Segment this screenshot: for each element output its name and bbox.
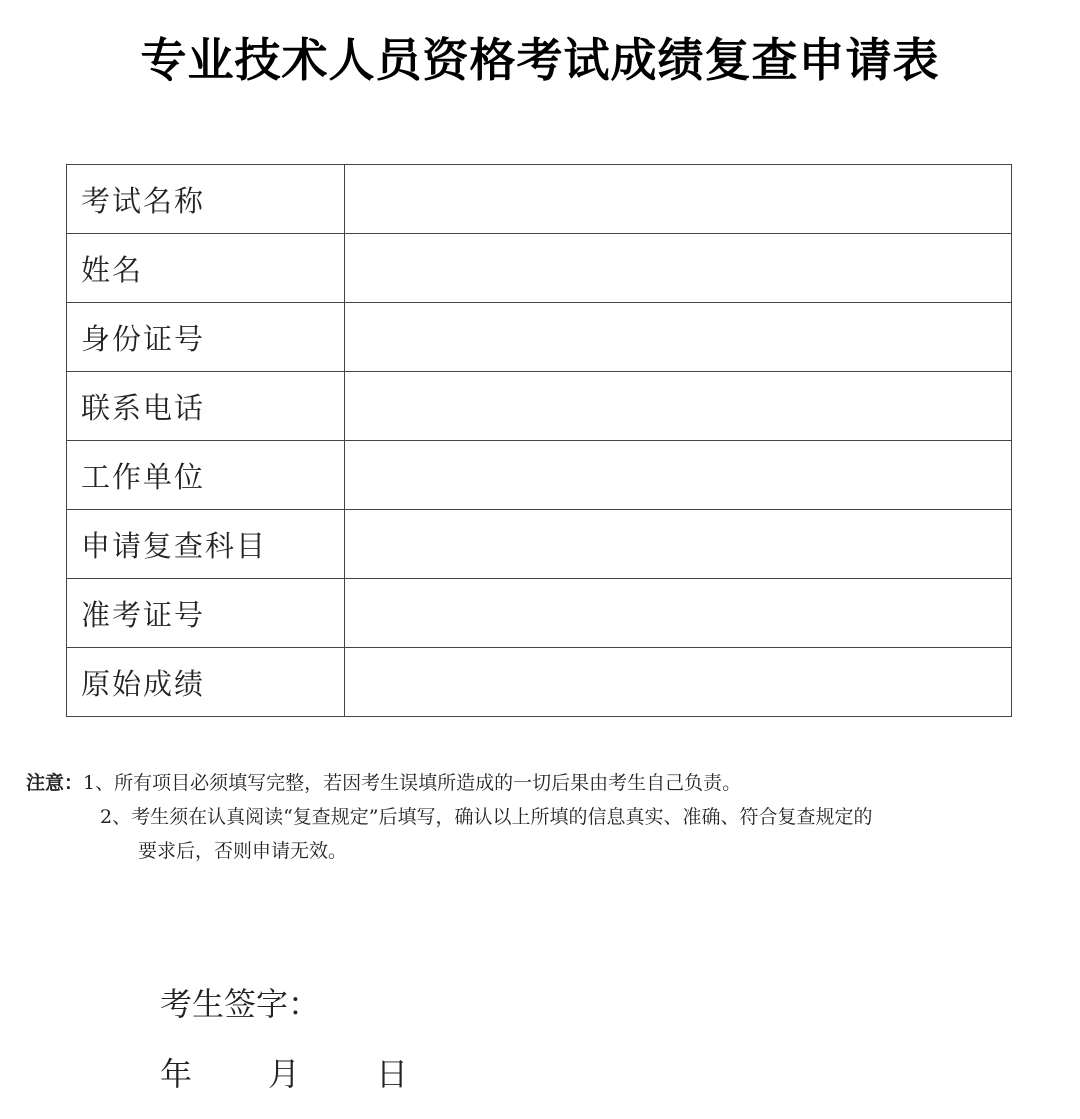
form-row-phone: 联系电话: [67, 372, 1012, 441]
form-row-employer: 工作单位: [67, 441, 1012, 510]
application-form-table: 考试名称 姓名 身份证号 联系电话 工作单位 申请复查科目 准考证号 原始成绩: [66, 164, 1012, 717]
form-row-original-score: 原始成绩: [67, 648, 1012, 717]
field-label-id-number: 身份证号: [67, 303, 345, 372]
form-row-review-subject: 申请复查科目: [67, 510, 1012, 579]
date-day-label: 日: [376, 1052, 484, 1096]
field-label-exam-name: 考试名称: [67, 165, 345, 234]
notes-section: 注意：1、所有项目必须填写完整，若因考生误填所造成的一切后果由考生自己负责。 2…: [26, 766, 1076, 868]
field-input-review-subject[interactable]: [345, 510, 1012, 579]
date-year-label: 年: [160, 1052, 268, 1096]
date-row: 年 月 日: [160, 1052, 484, 1096]
field-input-exam-name[interactable]: [345, 165, 1012, 234]
note-item-2-continued: 要求后，否则申请无效。: [26, 834, 1076, 868]
form-row-exam-name: 考试名称: [67, 165, 1012, 234]
field-input-id-number[interactable]: [345, 303, 1012, 372]
note-item-1-text: 1、所有项目必须填写完整，若因考生误填所造成的一切后果由考生自己负责。: [83, 772, 741, 794]
document-title: 专业技术人员资格考试成绩复查申请表: [0, 28, 1080, 92]
form-row-admission-number: 准考证号: [67, 579, 1012, 648]
field-label-phone: 联系电话: [67, 372, 345, 441]
field-label-name: 姓名: [67, 234, 345, 303]
field-label-review-subject: 申请复查科目: [67, 510, 345, 579]
signature-label: 考生签字：: [160, 982, 320, 1026]
field-input-original-score[interactable]: [345, 648, 1012, 717]
field-label-original-score: 原始成绩: [67, 648, 345, 717]
note-item-1: 注意：1、所有项目必须填写完整，若因考生误填所造成的一切后果由考生自己负责。: [26, 766, 1076, 800]
field-label-employer: 工作单位: [67, 441, 345, 510]
form-row-id-number: 身份证号: [67, 303, 1012, 372]
field-label-admission-number: 准考证号: [67, 579, 345, 648]
form-row-name: 姓名: [67, 234, 1012, 303]
date-month-label: 月: [268, 1052, 376, 1096]
note-item-2: 2、考生须在认真阅读“复查规定”后填写，确认以上所填的信息真实、准确、符合复查规…: [26, 800, 1076, 834]
field-input-name[interactable]: [345, 234, 1012, 303]
field-input-employer[interactable]: [345, 441, 1012, 510]
field-input-admission-number[interactable]: [345, 579, 1012, 648]
field-input-phone[interactable]: [345, 372, 1012, 441]
notes-prefix: 注意：: [26, 772, 83, 794]
